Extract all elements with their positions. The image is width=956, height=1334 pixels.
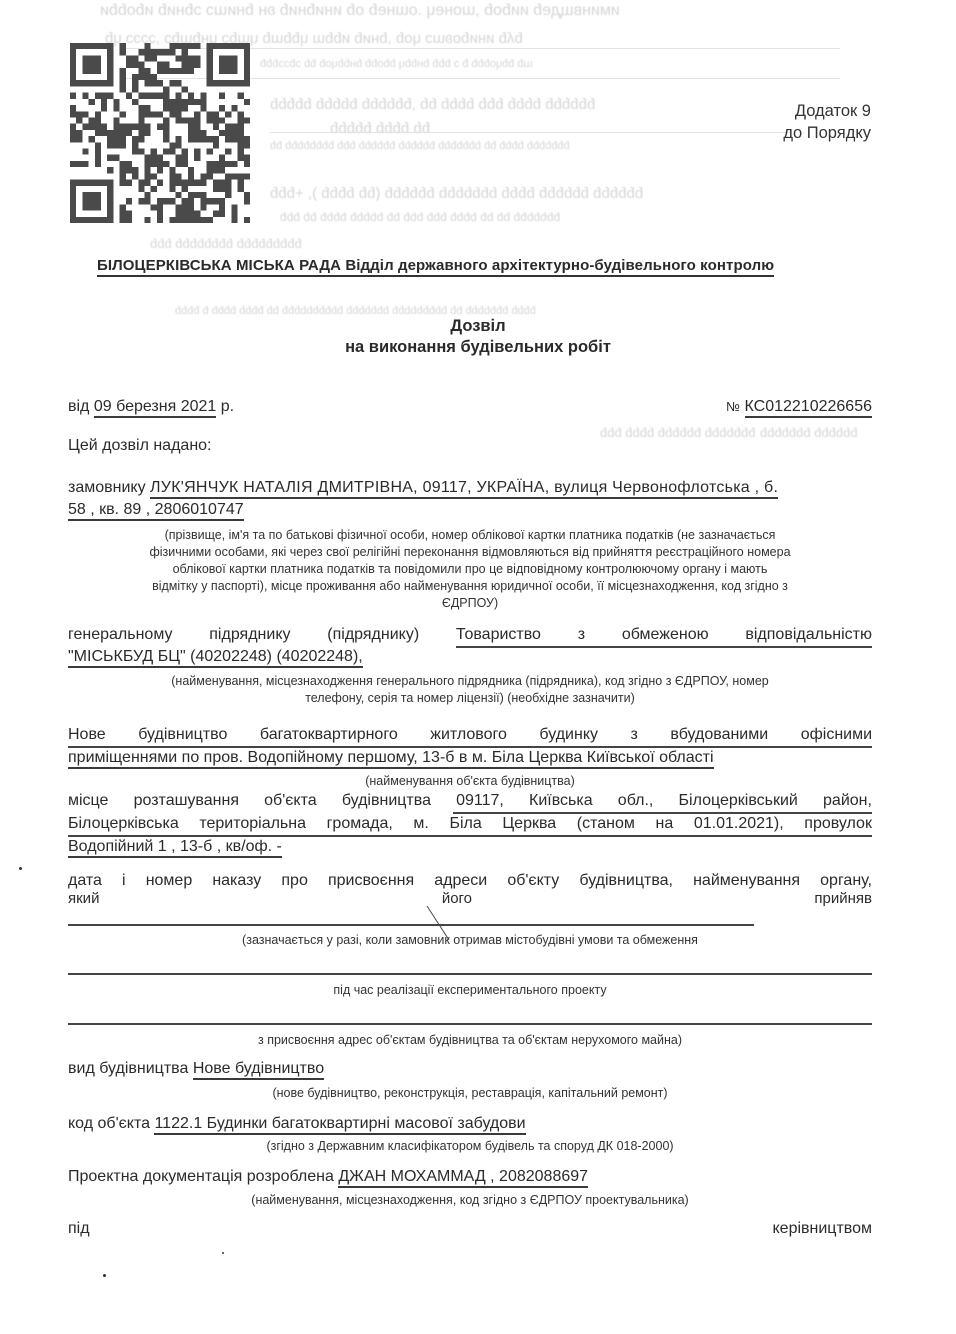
location-word: Білоцерківська xyxy=(68,815,179,832)
supervision-right: керівництвом xyxy=(772,1220,872,1238)
customer-hint-line: облікової картки платника податків та по… xyxy=(68,561,872,578)
contractor-value-word: відповідальністю xyxy=(745,626,872,643)
address-order-word: який xyxy=(68,890,99,907)
object-underline xyxy=(68,746,872,748)
location-word: 09117, xyxy=(456,792,504,809)
object-word: вбудованими xyxy=(670,726,768,743)
location-word: Київська xyxy=(529,792,593,809)
address-order-word: і xyxy=(122,872,126,889)
object-word: Нове xyxy=(68,726,106,743)
project-documentation: Проектна документація розроблена ДЖАН МО… xyxy=(68,1168,588,1186)
object-line-1: Нове будівництво багатоквартирного житло… xyxy=(68,726,872,744)
object-code-hint: (згідно з Державним класифікатором будів… xyxy=(68,1138,872,1155)
project-docs-value: ДЖАН МОХАММАД , 2082088697 xyxy=(338,1168,588,1188)
object-code: код об'єкта 1122.1 Будинки багатоквартир… xyxy=(68,1115,526,1133)
construction-type-hint: (нове будівництво, реконструкція, рестав… xyxy=(68,1085,872,1102)
location-underline-1 xyxy=(453,812,872,814)
address-order-word: номер xyxy=(146,872,193,889)
project-docs-label: Проектна документація розроблена xyxy=(68,1168,334,1185)
object-word: офісними xyxy=(801,726,872,743)
address-order-word: наказу xyxy=(212,872,261,889)
customer-value-1: ЛУК'ЯНЧУК НАТАЛІЯ ДМИТРІВНА, 09117, УКРА… xyxy=(150,479,778,499)
customer-hint-line: відмітку у паспорті), місце проживання а… xyxy=(68,578,872,595)
object-word: будівництво xyxy=(138,726,227,743)
location-word: (станом xyxy=(577,815,635,832)
number-value: КС012210226656 xyxy=(745,398,872,418)
address-order-line-1: дата і номер наказу про присвоєння адрес… xyxy=(68,872,872,890)
permit-date: від 09 березня 2021 р. xyxy=(68,398,234,416)
document-title: Дозвіл xyxy=(0,317,956,336)
address-order-hint-1: (зазначається у разі, коли замовник отри… xyxy=(68,932,872,949)
location-word: 01.01.2021), xyxy=(694,815,784,832)
customer-line-1: замовнику ЛУК'ЯНЧУК НАТАЛІЯ ДМИТРІВНА, 0… xyxy=(68,479,778,497)
contractor-value-word: з xyxy=(578,626,585,643)
object-code-label: код об'єкта xyxy=(68,1115,150,1132)
location-word: розташування xyxy=(134,792,239,809)
customer-hint-line: фізичними особами, які через свої релігі… xyxy=(68,544,872,561)
construction-type-value: Нове будівництво xyxy=(193,1060,324,1080)
construction-type: вид будівництва Нове будівництво xyxy=(68,1060,324,1078)
appendix-line-1: Додаток 9 xyxy=(783,100,871,122)
contractor-hint-line: телефону, серія та номер ліцензії) (необ… xyxy=(68,690,872,707)
object-word: з xyxy=(631,726,638,743)
address-order-word: адреси xyxy=(434,872,487,889)
location-word: обл., xyxy=(618,792,654,809)
granted-to-label: Цей дозвіл надано: xyxy=(68,437,212,455)
scan-speck xyxy=(222,1252,224,1254)
object-word: багатоквартирного xyxy=(260,726,398,743)
customer-label: замовнику xyxy=(68,479,146,496)
address-order-word: про xyxy=(281,872,307,889)
address-order-word: дата xyxy=(68,872,102,889)
qr-code-icon xyxy=(70,40,250,226)
contractor-hint-line: (найменування, місцезнаходження генераль… xyxy=(68,673,872,690)
contractor-line-2: "МІСЬКБУД БЦ" (40202248) (40202248), xyxy=(68,648,363,666)
address-order-blank-1 xyxy=(68,924,754,926)
project-docs-hint: (найменування, місцезнаходження, код згі… xyxy=(68,1192,872,1209)
supervision-left: під xyxy=(68,1220,90,1238)
contractor-underline xyxy=(456,646,872,648)
location-word: Біла xyxy=(449,815,481,832)
location-line-1: місце розташування об'єкта будівництва 0… xyxy=(68,792,872,810)
customer-line-2: 58 , кв. 89 , 2806010747 xyxy=(68,501,244,519)
location-word: територіальна xyxy=(199,815,306,832)
location-word: м. xyxy=(413,815,428,832)
contractor-label-word: (підряднику) xyxy=(327,626,419,643)
address-order-blank-3 xyxy=(68,1023,872,1025)
scan-speck xyxy=(19,867,22,870)
location-word: будівництва xyxy=(342,792,431,809)
contractor-value-2: "МІСЬКБУД БЦ" (40202248) (40202248), xyxy=(68,648,363,668)
address-order-word: будівництва, xyxy=(579,872,673,889)
customer-hint: (прізвище, ім'я та по батькові фізичної … xyxy=(68,527,872,612)
address-order-word: прийняв xyxy=(814,890,872,907)
location-word: об'єкта xyxy=(264,792,317,809)
construction-type-label: вид будівництва xyxy=(68,1060,188,1077)
object-line-2: приміщеннями по пров. Водопійному першом… xyxy=(68,749,714,767)
location-underline-2 xyxy=(68,835,872,837)
object-word: житлового xyxy=(430,726,507,743)
customer-hint-line: (прізвище, ім'я та по батькові фізичної … xyxy=(68,527,872,544)
contractor-label-word: генеральному xyxy=(68,626,173,643)
address-order-word: найменування xyxy=(693,872,800,889)
location-word: місце xyxy=(68,792,108,809)
address-order-hint-3: з присвоєння адрес об'єктам будівництва … xyxy=(68,1032,872,1049)
customer-value-2: 58 , кв. 89 , 2806010747 xyxy=(68,501,244,521)
object-word: будинку xyxy=(539,726,598,743)
contractor-hint: (найменування, місцезнаходження генераль… xyxy=(68,673,872,707)
address-order-hint-2: під час реалізації експериментального пр… xyxy=(68,982,872,999)
location-word: на xyxy=(656,815,674,832)
address-order-word: об'єкту xyxy=(507,872,559,889)
issuing-organization: БІЛОЦЕРКІВСЬКА МІСЬКА РАДА Відділ держав… xyxy=(97,257,774,277)
appendix-line-2: до Порядку xyxy=(783,122,871,144)
date-value: 09 березня 2021 xyxy=(94,398,216,418)
permit-number: № КС012210226656 xyxy=(726,398,872,416)
contractor-value-word: обмеженою xyxy=(622,626,709,643)
location-word: Церква xyxy=(502,815,556,832)
customer-hint-line: ЄДРПОУ) xyxy=(68,595,872,612)
contractor-label-word: підряднику xyxy=(209,626,290,643)
address-order-word: органу, xyxy=(820,872,872,889)
location-word: громада, xyxy=(327,815,393,832)
document-subtitle: на виконання будівельних робіт xyxy=(0,338,956,357)
address-order-line-2: який його прийняв xyxy=(68,890,872,907)
number-prefix: № xyxy=(726,399,740,414)
date-prefix: від xyxy=(68,398,89,415)
address-order-blank-2 xyxy=(68,973,872,975)
contractor-value-word: Товариство xyxy=(456,626,541,643)
location-word: район, xyxy=(823,792,872,809)
scan-speck xyxy=(103,1274,106,1277)
object-code-value: 1122.1 Будинки багатоквартирні масової з… xyxy=(154,1115,525,1135)
object-value-2: приміщеннями по пров. Водопійному першом… xyxy=(68,749,714,769)
location-line-3: Водопійний 1 , 13-б , кв/оф. - xyxy=(68,838,282,856)
contractor-line-1: генеральному підряднику (підряднику) Тов… xyxy=(68,626,872,644)
location-value-3: Водопійний 1 , 13-б , кв/оф. - xyxy=(68,838,282,858)
location-line-2: Білоцерківська територіальна громада, м.… xyxy=(68,815,872,833)
object-hint: (найменування об'єкта будівництва) xyxy=(68,773,872,790)
location-word: провулок xyxy=(804,815,872,832)
location-word: Білоцерківський xyxy=(679,792,798,809)
address-order-word: присвоєння xyxy=(328,872,414,889)
appendix-label: Додаток 9 до Порядку xyxy=(783,100,871,144)
date-suffix: р. xyxy=(221,398,234,415)
